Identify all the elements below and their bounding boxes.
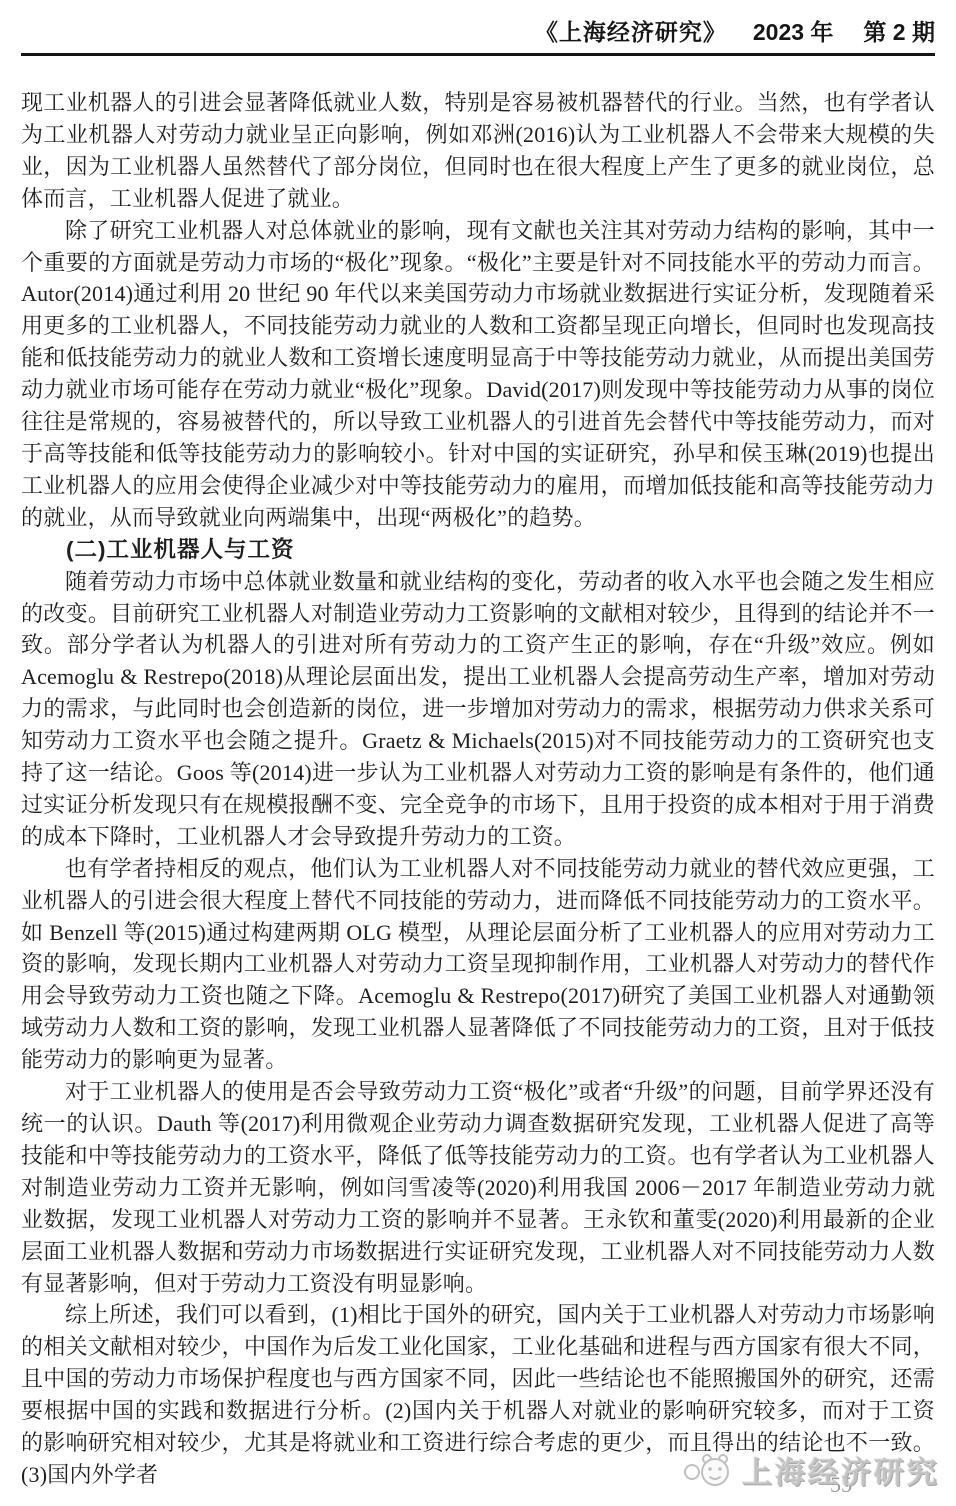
article-body: 现工业机器人的引进会显著降低就业人数，特别是容易被机器替代的行业。当然，也有学者… [21, 87, 935, 1491]
paragraph-wages-negative: 也有学者持相反的观点，他们认为工业机器人对不同技能劳动力就业的替代效应更强，工业… [21, 853, 935, 1076]
paragraph-polarization: 除了研究工业机器人对总体就业的影响，现有文献也关注其对劳动力结构的影响，其中一个… [21, 215, 935, 534]
paragraph-wages-debate: 对于工业机器人的使用是否会导致劳动力工资“极化”或者“升级”的问题，目前学界还没… [21, 1076, 935, 1299]
watermark-text: 上海经济研究 [742, 1448, 940, 1492]
paragraph-continuation: 现工业机器人的引进会显著降低就业人数，特别是容易被机器替代的行业。当然，也有学者… [21, 87, 935, 215]
watermark-logo-icon [683, 1450, 735, 1490]
watermark: 上海经济研究 [683, 1448, 940, 1492]
paragraph-wages-positive: 随着劳动力市场中总体就业数量和就业结构的变化，劳动者的收入水平也会随之发生相应的… [21, 566, 935, 853]
journal-year: 2023 年 [753, 19, 834, 45]
journal-issue: 第 2 期 [863, 19, 935, 45]
header-rule [21, 53, 935, 56]
journal-title: 《上海经济研究》 [535, 19, 727, 45]
journal-page: 《上海经济研究》2023 年第 2 期 现工业机器人的引进会显著降低就业人数，特… [0, 0, 956, 1506]
page-header: 《上海经济研究》2023 年第 2 期 [21, 0, 935, 44]
section-subheading: (二)工业机器人与工资 [21, 534, 935, 566]
